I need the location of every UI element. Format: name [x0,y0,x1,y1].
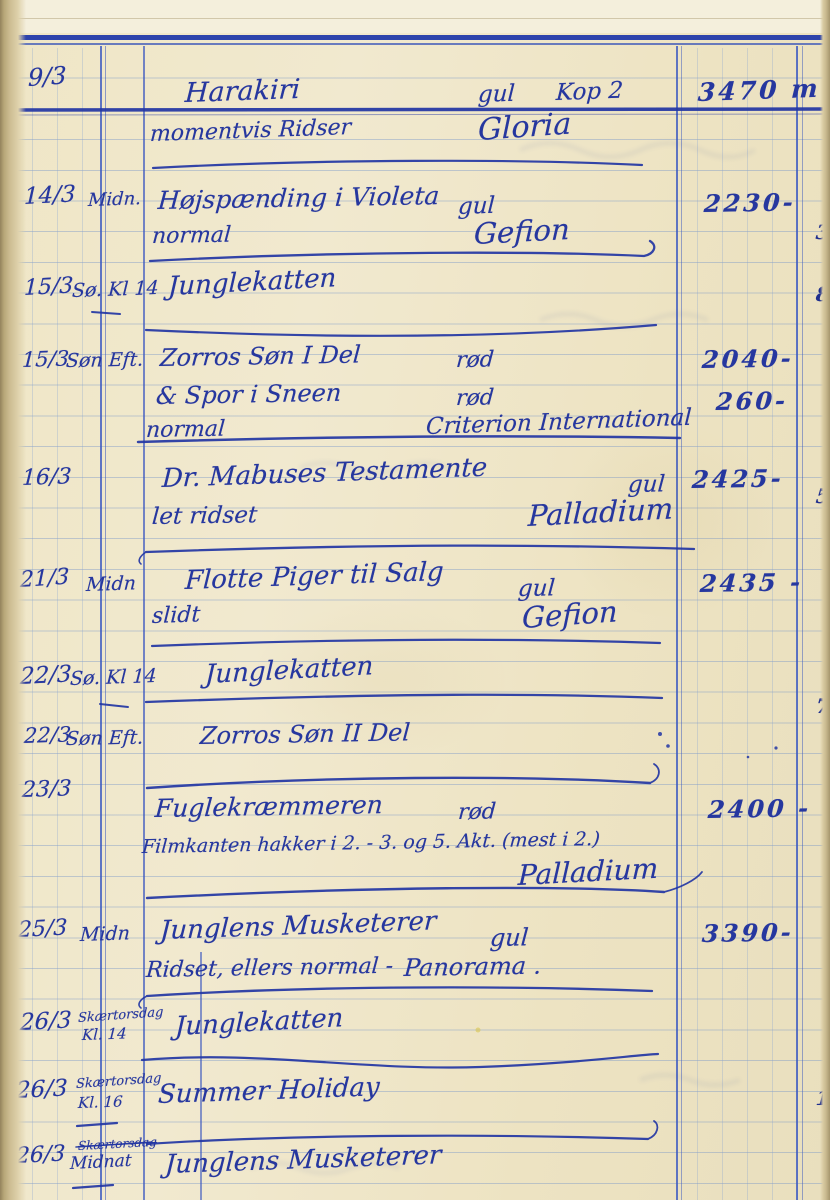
film-title: Højspænding i Violeta [157,183,440,213]
length-amount: 2425- [691,466,784,492]
entry-day: Midn [80,924,131,945]
film-title: Harakiri [184,76,301,107]
entry-date: 26/3 [20,1009,72,1035]
entry-date: 16/3 [21,466,72,490]
print-color-note: gul [517,577,556,601]
page-top-margin [0,0,830,33]
length-amount: 3470 m [697,76,821,105]
print-color-note: rød [455,387,494,410]
entry-day: Sø. Kl 14 [70,667,158,689]
condition-note: normal [151,225,231,248]
entry-day: Søn Eft. [65,729,144,749]
distributor-name: Gloria [478,109,572,146]
printed-heavy-rule [4,35,830,40]
printed-heavy-rule-thin [4,43,830,45]
entry-date: 15/3 [24,275,74,300]
condition-note: normal [145,419,225,442]
ledger-page: 9/3 Harakiri gul Kop 2 3470 m momentvis … [0,0,830,1200]
entry-day: Midn [86,574,137,595]
distributor-name: Panorama . [403,954,542,980]
amount-column-fine-grid [673,48,799,1200]
length-amount: 2435 - [699,570,804,596]
condition-note: slidt [151,604,200,628]
entry-day: Søn Eft. [65,351,144,371]
column-rule [796,46,798,1200]
entry-day: Sø. Kl 14 [72,279,160,301]
length-amount: 260- [715,389,789,414]
column-rule [681,46,682,1200]
print-color-note: gul [477,83,515,107]
length-amount: 2230- [703,190,796,216]
entry-time: Kl. 14 [82,1026,127,1043]
film-title: Zorros Søn I Del [159,342,361,370]
distributor-name: Palladium [518,855,659,890]
distributor-name: Gefion [473,215,570,249]
printed-faint-line [0,18,830,19]
entry-date: 22/3 [20,663,72,689]
entry-date: 15/3 [21,348,69,371]
entry-time: Midnat [70,1153,132,1173]
entry-date: 22/3 [23,724,71,747]
entry-date: 14/3 [24,183,76,209]
length-amount: 2040- [701,346,794,372]
column-rule [676,46,678,1200]
page-right-edge [820,0,830,1200]
entry-day: Midn. [88,190,142,210]
distributor-name: Gefion [522,597,618,633]
entry-time: Kl. 16 [78,1094,123,1111]
film-title: Fuglekræmmeren [154,792,384,821]
copy-note: Kop 2 [555,80,623,105]
print-color-note: rød [457,801,496,824]
length-amount: 2400 - [707,796,812,822]
film-title: Summer Holiday [157,1074,380,1108]
column-rule [802,46,803,1200]
film-title: Zorros Søn II Del [199,720,411,748]
condition-note: Ridset, ellers normal - [145,956,394,982]
film-title-second: & Spor i Sneen [155,381,342,408]
print-color-note: gul [489,925,529,950]
column-rule [143,46,145,1200]
length-amount: 3390- [701,920,794,946]
entry-date: 23/3 [21,778,72,802]
entry-date: 21/3 [20,567,70,593]
print-color-note: rød [455,349,494,372]
condition-note: let ridset [151,504,258,529]
distributor-name: Palladium [527,494,673,531]
book-spine [0,0,26,1200]
entry-date: 9/3 [28,63,67,90]
